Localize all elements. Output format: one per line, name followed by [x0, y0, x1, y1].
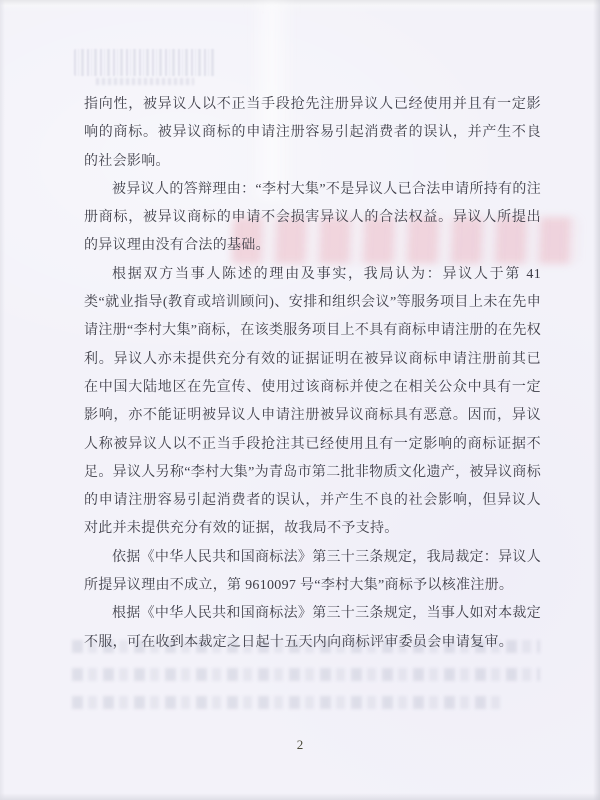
paragraph-continuation: 指向性，被异议人以不正当手段抢先注册异议人已经使用并且有一定影响的商标。被异议商… — [84, 91, 541, 176]
scan-edge-top — [0, 0, 600, 12]
document-body: 指向性，被异议人以不正当手段抢先注册异议人已经使用并且有一定影响的商标。被异议商… — [84, 91, 541, 657]
scan-edge-left — [0, 0, 5, 800]
page-number: 2 — [0, 737, 600, 753]
scan-edge-bottom — [0, 793, 600, 800]
paragraph-review-notice: 根据《中华人民共和国商标法》第三十三条规定，当事人如对本裁定不服，可在收到本裁定… — [84, 600, 541, 657]
barcode-bleed-through — [74, 49, 217, 76]
scan-edge-right — [593, 0, 600, 800]
paragraph-findings: 根据双方当事人陈述的理由及事实，我局认为：异议人于第 41 类“就业指导(教育或… — [84, 261, 541, 544]
text-bleed-through — [72, 696, 502, 709]
document-page: 指向性，被异议人以不正当手段抢先注册异议人已经使用并且有一定影响的商标。被异议商… — [0, 0, 600, 800]
barcode-digits-bleed-through — [96, 78, 194, 85]
paragraph-respondent-defense: 被异议人的答辩理由：“李村大集”不是异议人已合法申请所持有的注册商标，被异议商标… — [84, 176, 541, 261]
paragraph-ruling: 依据《中华人民共和国商标法》第三十三条规定，我局裁定：异议人所提异议理由不成立，… — [84, 544, 541, 601]
text-bleed-through — [72, 668, 540, 681]
